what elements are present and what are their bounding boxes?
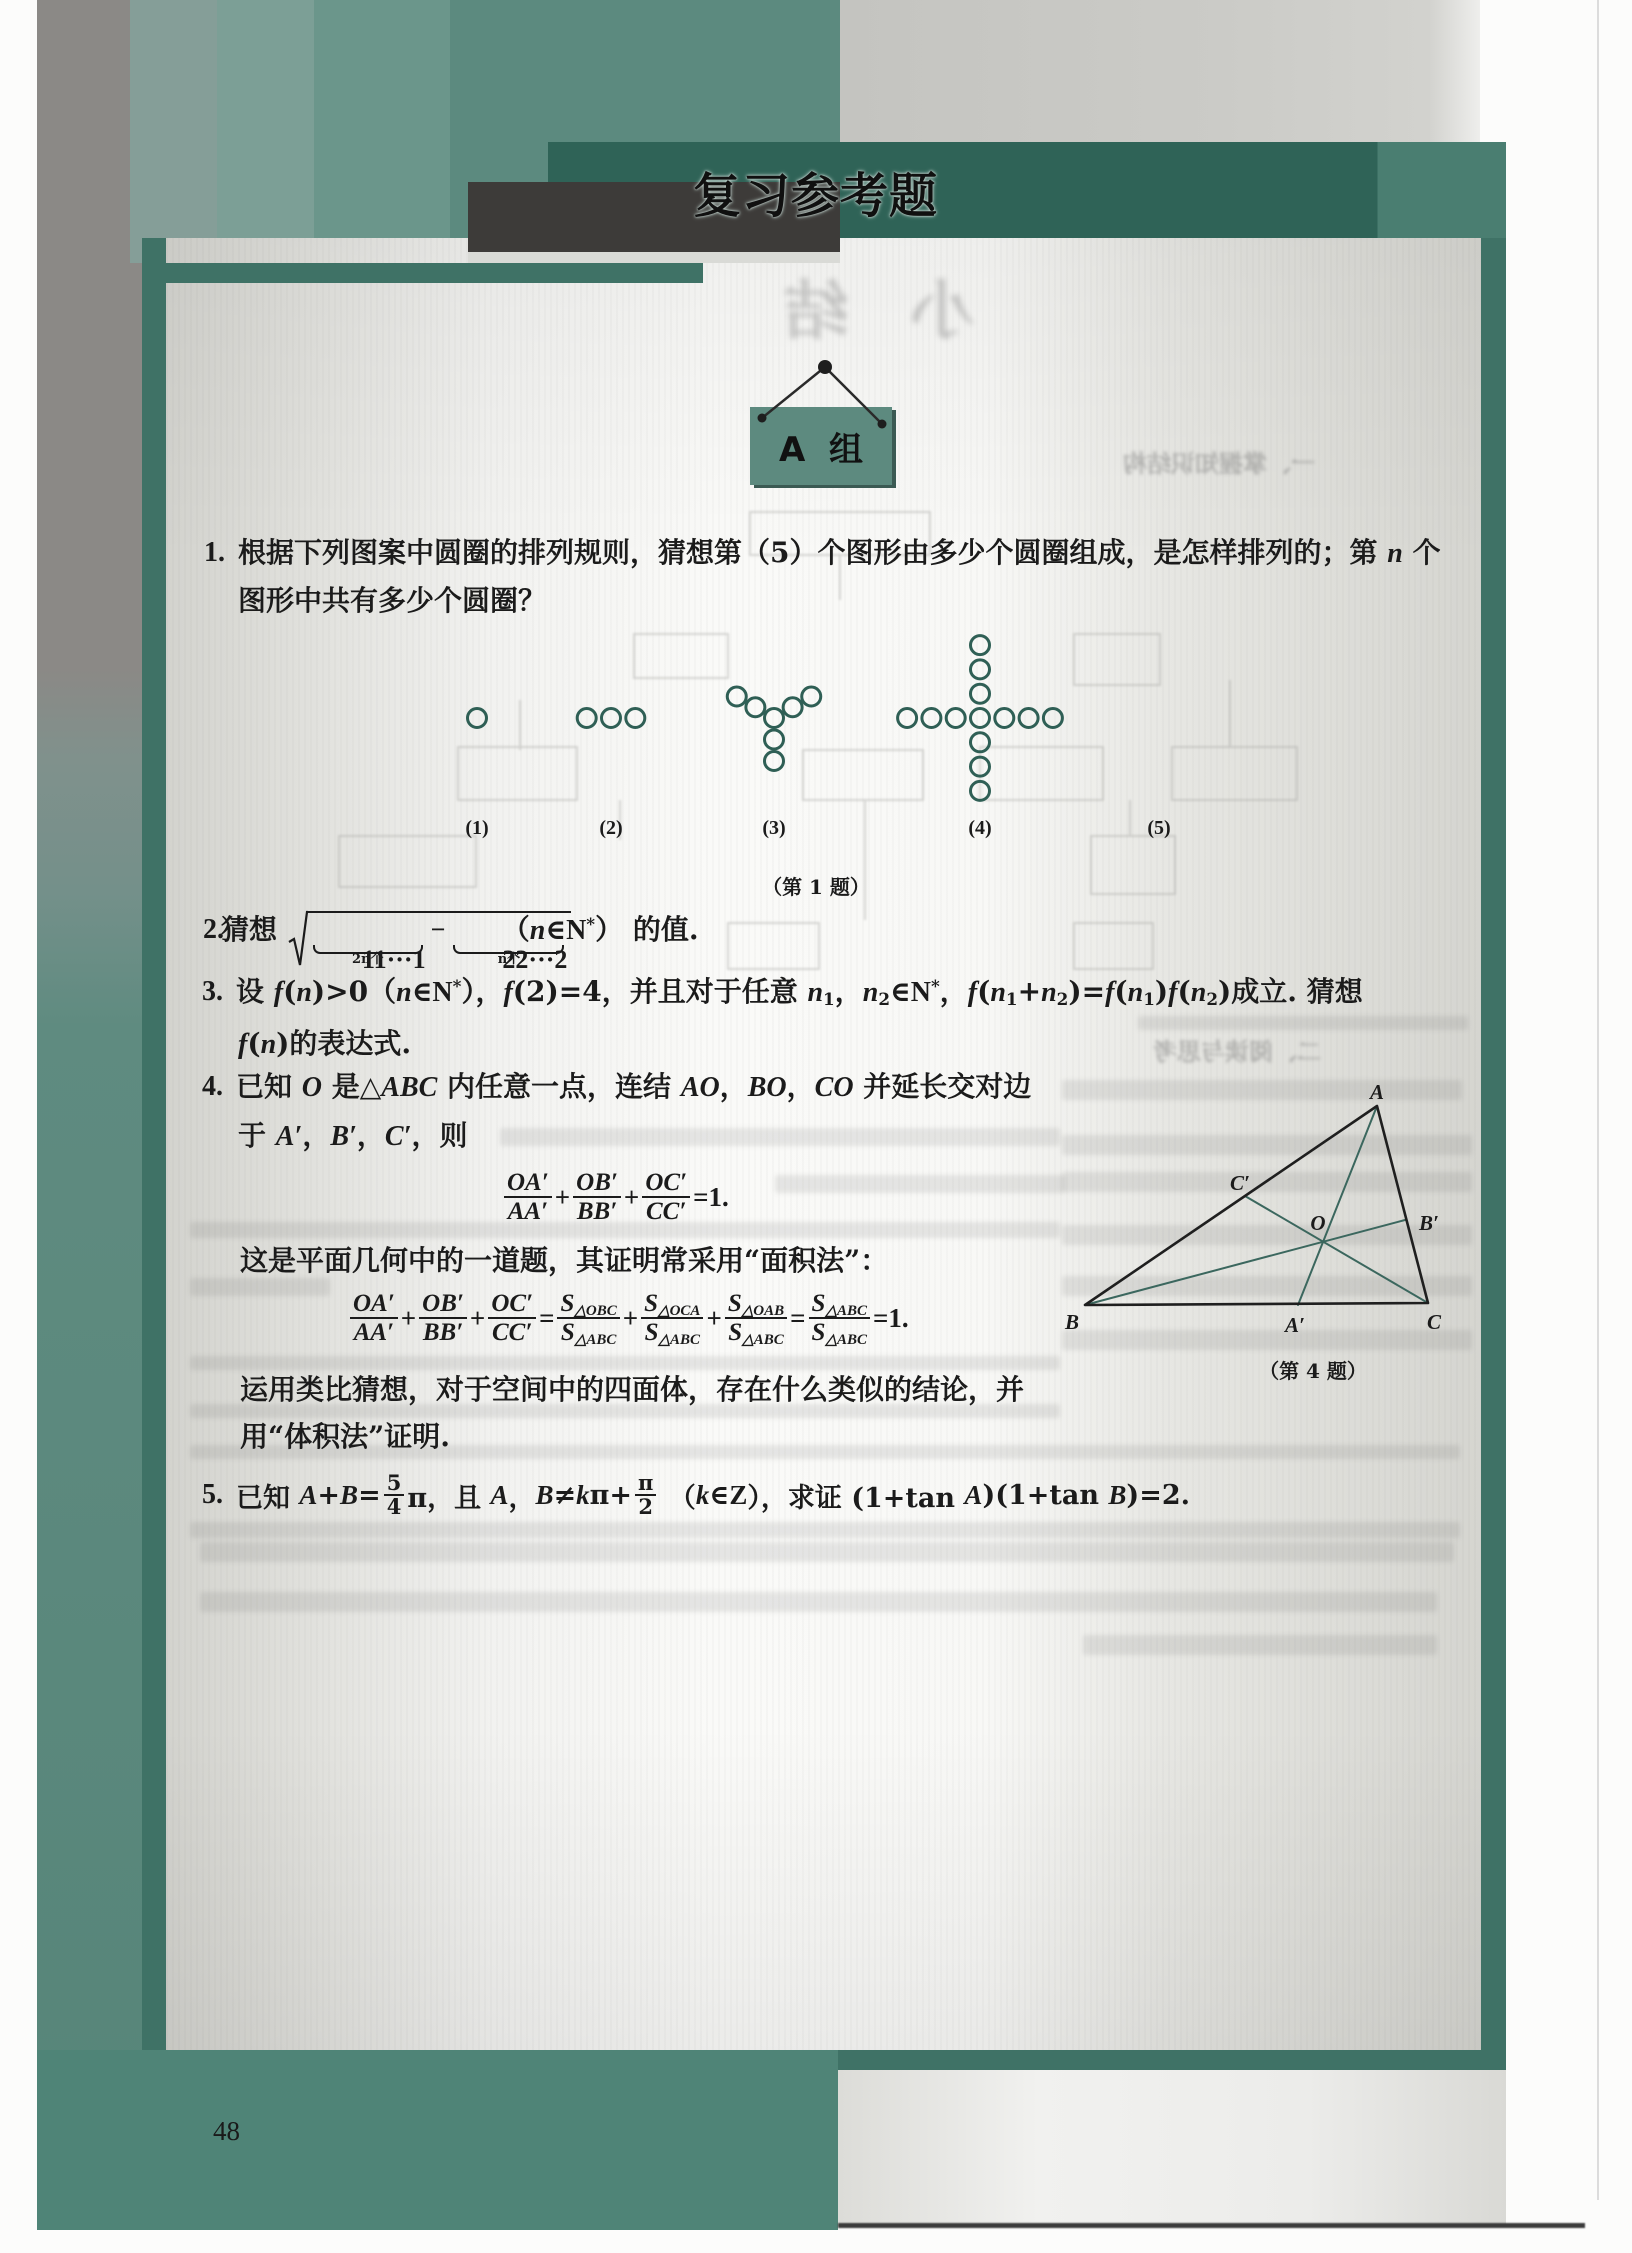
math-symbol: S [812, 1290, 826, 1317]
text-run: ）， [461, 975, 503, 1008]
math-symbol: k [696, 1480, 710, 1511]
math-symbol: CC′ [492, 1319, 532, 1346]
text-run: =1. [873, 1303, 909, 1334]
text-run: + [1018, 975, 1041, 1008]
page-number: 48 [213, 2116, 240, 2146]
circle-icon [971, 684, 990, 703]
point-label-a-prime: A′ [1283, 1313, 1305, 1337]
math-symbol: A [964, 1480, 982, 1511]
pattern-3: (3) [727, 687, 820, 839]
circle-icon [898, 709, 917, 728]
math-symbol: OB′ [576, 1169, 618, 1196]
math-symbol: △ABC [825, 1332, 867, 1348]
text-run: 个 [1403, 536, 1441, 569]
text-run: ， [357, 1119, 385, 1152]
pattern-5: (5) [1147, 817, 1170, 839]
point-label-b-prime: B′ [1418, 1211, 1439, 1235]
math-symbol: BB′ [577, 1198, 617, 1225]
numerator: OA′ [350, 1290, 398, 1319]
math-symbol: n [990, 977, 1006, 1008]
pattern-1: (1) [465, 709, 488, 840]
numerator: π [635, 1472, 656, 1496]
math-symbol: AA′ [508, 1198, 548, 1225]
circle-icon [765, 730, 784, 749]
text-run: )成立. 猜想 [1218, 975, 1363, 1008]
text-run: ， [787, 1070, 815, 1103]
math-symbol: k [576, 1480, 590, 1511]
math-symbol: AA′ [354, 1319, 394, 1346]
text-run: 内任意一点，连结 [437, 1070, 681, 1103]
pattern-label: (3) [762, 817, 785, 839]
text-run: )>0（ [312, 975, 396, 1008]
numerator: S△OAB [725, 1290, 787, 1319]
question-3-number: 3. [202, 976, 223, 1008]
text-run: ∈ [412, 975, 433, 1008]
math-symbol: f [238, 1029, 247, 1060]
cevian-cc-prime [1245, 1196, 1428, 1303]
text-run: 2 [638, 1494, 653, 1519]
text-run: ， [940, 975, 968, 1008]
math-symbol: f [1105, 977, 1114, 1008]
math-symbol: N [432, 977, 452, 1008]
text-run: （ [659, 1476, 695, 1515]
question-1-text: 图形中共有多少个圆圈？ [238, 585, 546, 617]
math-symbol: f [274, 977, 283, 1008]
math-symbol: △ABC [742, 1332, 784, 1348]
pattern-2: (2) [577, 709, 645, 840]
circle-icon [746, 698, 765, 717]
math-symbol: S [812, 1319, 826, 1346]
text-run: = [790, 1303, 805, 1334]
math-symbol: S [560, 1290, 574, 1317]
bleed-through-flowchart [339, 512, 1297, 969]
text-run: 这是平面几何中的一道题，其证明常采用“面积法”： [240, 1244, 888, 1277]
pattern-4: (4) [898, 636, 1063, 839]
denominator: S△ABC [725, 1319, 786, 1346]
math-symbol: f [503, 977, 512, 1008]
text-run: ，则 [411, 1119, 467, 1152]
text-run: ( [283, 975, 296, 1008]
fraction: OA′AA′ [504, 1169, 552, 1225]
math-symbol: B [536, 1480, 554, 1511]
math-symbol: △OAB [742, 1303, 784, 1319]
math-symbol: * [931, 976, 940, 996]
math-symbol: △ABC [658, 1332, 700, 1348]
circle-icon [783, 698, 802, 717]
question-2-suffix: （n∈N*） 的值. [492, 914, 699, 947]
triangle-figure: A B C A′ B′ C′ O （第 4 题） [1060, 1070, 1470, 1390]
text-run: ∈ [709, 1480, 729, 1511]
denominator: S△ABC [809, 1319, 870, 1346]
denominator: 4 [384, 1496, 405, 1518]
math-symbol: OB′ [422, 1290, 464, 1317]
text-run: = [539, 1303, 554, 1334]
question-4-text: 运用类比猜想，对于空间中的四面体，存在什么类似的结论，并 [240, 1374, 1024, 1406]
circle-icon [1043, 709, 1062, 728]
math-symbol: n [1191, 977, 1207, 1008]
fraction: OB′BB′ [573, 1169, 621, 1225]
sign-hanger [740, 355, 910, 435]
text-run: 4 [387, 1494, 402, 1519]
text-run: ），求证 (1+tan [747, 1476, 964, 1515]
fraction: S△ABCS△ABC [809, 1290, 870, 1346]
numerator: 5 [384, 1472, 405, 1496]
math-symbol: n [863, 977, 879, 1008]
circle-icon [577, 709, 596, 728]
circle-icon [995, 709, 1014, 728]
ratio-identity-formula: OA′AA′+OB′BB′+OC′CC′=1. [501, 1168, 729, 1226]
math-symbol: △ABC [575, 1332, 617, 1348]
text-run: ， [302, 1119, 330, 1152]
denominator: BB′ [574, 1198, 620, 1225]
text-run: + [624, 1182, 639, 1213]
math-symbol: B [1108, 1480, 1126, 1511]
question-2-prefix: 猜想 [221, 914, 277, 946]
numerator: OB′ [419, 1290, 467, 1319]
denominator: S△ABC [558, 1319, 619, 1346]
question-3-text: f(n)的表达式. [238, 1028, 411, 1061]
question-4-number: 4. [202, 1071, 223, 1103]
math-symbol: B′ [330, 1121, 357, 1152]
question-1-number: 1. [204, 537, 225, 569]
text-run: 于 [238, 1119, 276, 1152]
math-symbol: OC′ [491, 1290, 533, 1317]
math-symbol: ABC [381, 1072, 437, 1103]
text-run: )的表达式. [276, 1027, 411, 1060]
text-run: )=2. [1126, 1480, 1190, 1511]
circle-icon [971, 636, 990, 655]
circle-icon [971, 709, 990, 728]
numerator: OA′ [504, 1169, 552, 1198]
numerator: OC′ [642, 1169, 690, 1198]
point-label-c-prime: C′ [1230, 1171, 1250, 1195]
math-symbol: △ABC [825, 1303, 867, 1319]
text-run: ( [1114, 975, 1127, 1008]
numerator: S△OCA [641, 1290, 703, 1319]
math-symbol: 2 [1057, 989, 1069, 1009]
math-symbol: B [340, 1480, 358, 1511]
text-run: + [706, 1303, 721, 1334]
text-run: )(1+tan [982, 1480, 1108, 1511]
pattern-label: (5) [1147, 817, 1170, 839]
circle-icon [971, 660, 990, 679]
math-symbol: S [561, 1319, 575, 1346]
circle-icon [946, 709, 965, 728]
denominator: S△ABC [642, 1319, 703, 1346]
math-symbol: OC′ [645, 1169, 687, 1196]
circle-icon [922, 709, 941, 728]
math-symbol: f [968, 977, 977, 1008]
text-run: ∈ [890, 975, 911, 1008]
math-symbol: CC′ [646, 1198, 686, 1225]
figure-4-caption: （第 4 题） [1259, 1359, 1367, 1383]
text-run: + [401, 1303, 416, 1334]
math-symbol: S [644, 1290, 658, 1317]
math-symbol: n [1128, 977, 1144, 1008]
fraction: OA′AA′ [350, 1290, 398, 1346]
text-run: ≠ [554, 1480, 577, 1511]
math-symbol: A [299, 1480, 317, 1511]
question-3-text: 设 f(n)>0（n∈N*），f(2)=4，并且对于任意 n1，n2∈N*，f(… [236, 976, 1363, 1009]
text-run: 已知 [236, 1070, 302, 1103]
point-label-o: O [1310, 1211, 1325, 1235]
text-run: 5 [387, 1470, 402, 1495]
math-symbol: A [490, 1480, 508, 1511]
text-run: π，且 [407, 1476, 490, 1515]
vertex-label-b: B [1064, 1310, 1079, 1334]
math-symbol: C′ [385, 1121, 412, 1152]
text-run: (2)=4，并且对于任意 [513, 975, 808, 1008]
text-run: 已知 [236, 1476, 299, 1515]
text-run: ， [720, 1070, 748, 1103]
math-symbol: BB′ [423, 1319, 463, 1346]
numerator: OC′ [488, 1290, 536, 1319]
question-4-text: 用“体积法”证明. [240, 1421, 450, 1453]
math-symbol: S [728, 1319, 742, 1346]
math-symbol: n [296, 977, 312, 1008]
math-symbol: A′ [276, 1121, 303, 1152]
circle-icon [468, 709, 487, 728]
text-run: ∈ [545, 913, 566, 946]
denominator: CC′ [489, 1319, 535, 1346]
math-symbol: △OBC [574, 1303, 616, 1319]
text-run: 根据下列图案中圆圈的排列规则，猜想第（5）个图形由多少个圆圈组成，是怎样排列的；… [238, 536, 1387, 569]
fraction: S△OCAS△ABC [641, 1290, 703, 1346]
circle-icon [626, 709, 645, 728]
math-symbol: n [807, 977, 823, 1008]
text-run: π [638, 1470, 653, 1495]
minus-sign: − [431, 915, 446, 945]
math-symbol: OA′ [353, 1290, 395, 1317]
math-symbol: BO [748, 1072, 787, 1103]
math-symbol: 1 [1143, 989, 1155, 1009]
figure-1-caption: （第 1 题） [762, 875, 870, 899]
text-run: ， [509, 1476, 536, 1515]
math-symbol: N [566, 915, 586, 946]
math-symbol: AO [681, 1072, 720, 1103]
math-symbol: O [302, 1072, 322, 1103]
numerator: OB′ [573, 1169, 621, 1198]
math-symbol: CO [815, 1072, 854, 1103]
math-symbol: n [530, 915, 546, 946]
text-run: ) [1155, 975, 1168, 1008]
math-symbol: n [396, 977, 412, 1008]
text-run: ， [835, 975, 863, 1008]
denominator: 2 [635, 1496, 656, 1518]
fraction: S△OABS△ABC [725, 1290, 787, 1346]
text-run: 是△ [322, 1070, 381, 1103]
text-run: π+ [590, 1480, 632, 1511]
text-run: + [470, 1303, 485, 1334]
nail-icon [818, 360, 832, 374]
area-method-formula: OA′AA′+OB′BB′+OC′CC′=S△OBCS△ABC+S△OCAS△A… [347, 1289, 909, 1347]
cevian-aa-prime [1298, 1106, 1377, 1305]
pattern-label: (4) [968, 817, 991, 839]
circle-icon [602, 709, 621, 728]
circle-icon [1019, 709, 1038, 728]
text-run: （ [492, 913, 530, 946]
math-symbol: * [586, 914, 595, 934]
triangle-abc [1085, 1106, 1428, 1305]
circle-icon [727, 687, 746, 706]
math-symbol: S [645, 1319, 659, 1346]
text-run: ( [247, 1027, 260, 1060]
pattern-label: (1) [465, 817, 488, 839]
text-run: 运用类比猜想，对于空间中的四面体，存在什么类似的结论，并 [240, 1373, 1024, 1406]
numerator: S△ABC [809, 1290, 870, 1319]
text-run: + [555, 1182, 570, 1213]
math-symbol: n [1041, 977, 1057, 1008]
math-symbol: n [1387, 538, 1403, 569]
question-4-text: 于 A′，B′，C′，则 [238, 1120, 467, 1153]
text-run: 用“体积法”证明. [240, 1420, 450, 1453]
math-symbol: OA′ [507, 1169, 549, 1196]
underbrace-label: n个 [440, 953, 577, 967]
text-run: =1. [693, 1182, 729, 1213]
text-run: )= [1068, 975, 1105, 1008]
fraction: S△OBCS△ABC [557, 1290, 619, 1346]
question-1-text: 根据下列图案中圆圈的排列规则，猜想第（5）个图形由多少个圆圈组成，是怎样排列的；… [238, 537, 1441, 570]
question-4-text: 这是平面几何中的一道题，其证明常采用“面积法”： [240, 1245, 888, 1277]
text-run: ( [1177, 975, 1190, 1008]
denominator: AA′ [351, 1319, 397, 1346]
denominator: BB′ [420, 1319, 466, 1346]
fraction: 54 [384, 1472, 405, 1518]
underbrace-label: 2n个 [300, 953, 436, 967]
math-symbol: 1 [1006, 989, 1018, 1009]
text-run: ） 的值. [595, 913, 699, 946]
text-run: 并延长交对边 [854, 1070, 1032, 1103]
vertex-label-c: C [1427, 1310, 1442, 1334]
math-symbol: N [911, 977, 931, 1008]
question-5-text: 已知 A+B=54π，且 A，B≠kπ+π2 （k∈Z），求证 (1+tan A… [236, 1468, 1190, 1522]
circle-icon [802, 687, 821, 706]
text-run: + [623, 1303, 638, 1334]
circle-pattern-figure: (1)(2)(3)(4)(5) [465, 636, 1170, 839]
pattern-label: (2) [599, 817, 622, 839]
math-symbol: n [261, 1029, 277, 1060]
denominator: AA′ [505, 1198, 551, 1225]
fraction: OC′CC′ [642, 1169, 690, 1225]
text-run: 图形中共有多少个圆圈？ [238, 584, 546, 617]
math-symbol: 2 [1206, 989, 1218, 1009]
math-symbol: Z [729, 1480, 747, 1511]
numerator: S△OBC [557, 1290, 619, 1319]
textbook-page: 复习参考题 小结 一、掌握知识结构 二、阅读与思考 (1)( [0, 0, 1632, 2253]
text-run: ( [977, 975, 990, 1008]
text-run: 设 [236, 975, 274, 1008]
math-symbol: 2 [878, 989, 890, 1009]
vertex-label-a: A [1368, 1080, 1384, 1104]
math-symbol: S [728, 1290, 742, 1317]
denominator: CC′ [643, 1198, 689, 1225]
question-5-number: 5. [202, 1479, 223, 1511]
fraction: OB′BB′ [419, 1290, 467, 1346]
math-symbol: △OCA [658, 1303, 700, 1319]
circle-icon [765, 752, 784, 771]
fraction: π2 [635, 1472, 656, 1518]
question-4-text: 已知 O 是△ABC 内任意一点，连结 AO，BO，CO 并延长交对边 [236, 1071, 1031, 1104]
fraction: OC′CC′ [488, 1290, 536, 1346]
circle-icon [765, 709, 784, 728]
math-symbol: 1 [823, 989, 835, 1009]
text-run: + [317, 1480, 340, 1511]
text-run: = [358, 1480, 381, 1511]
